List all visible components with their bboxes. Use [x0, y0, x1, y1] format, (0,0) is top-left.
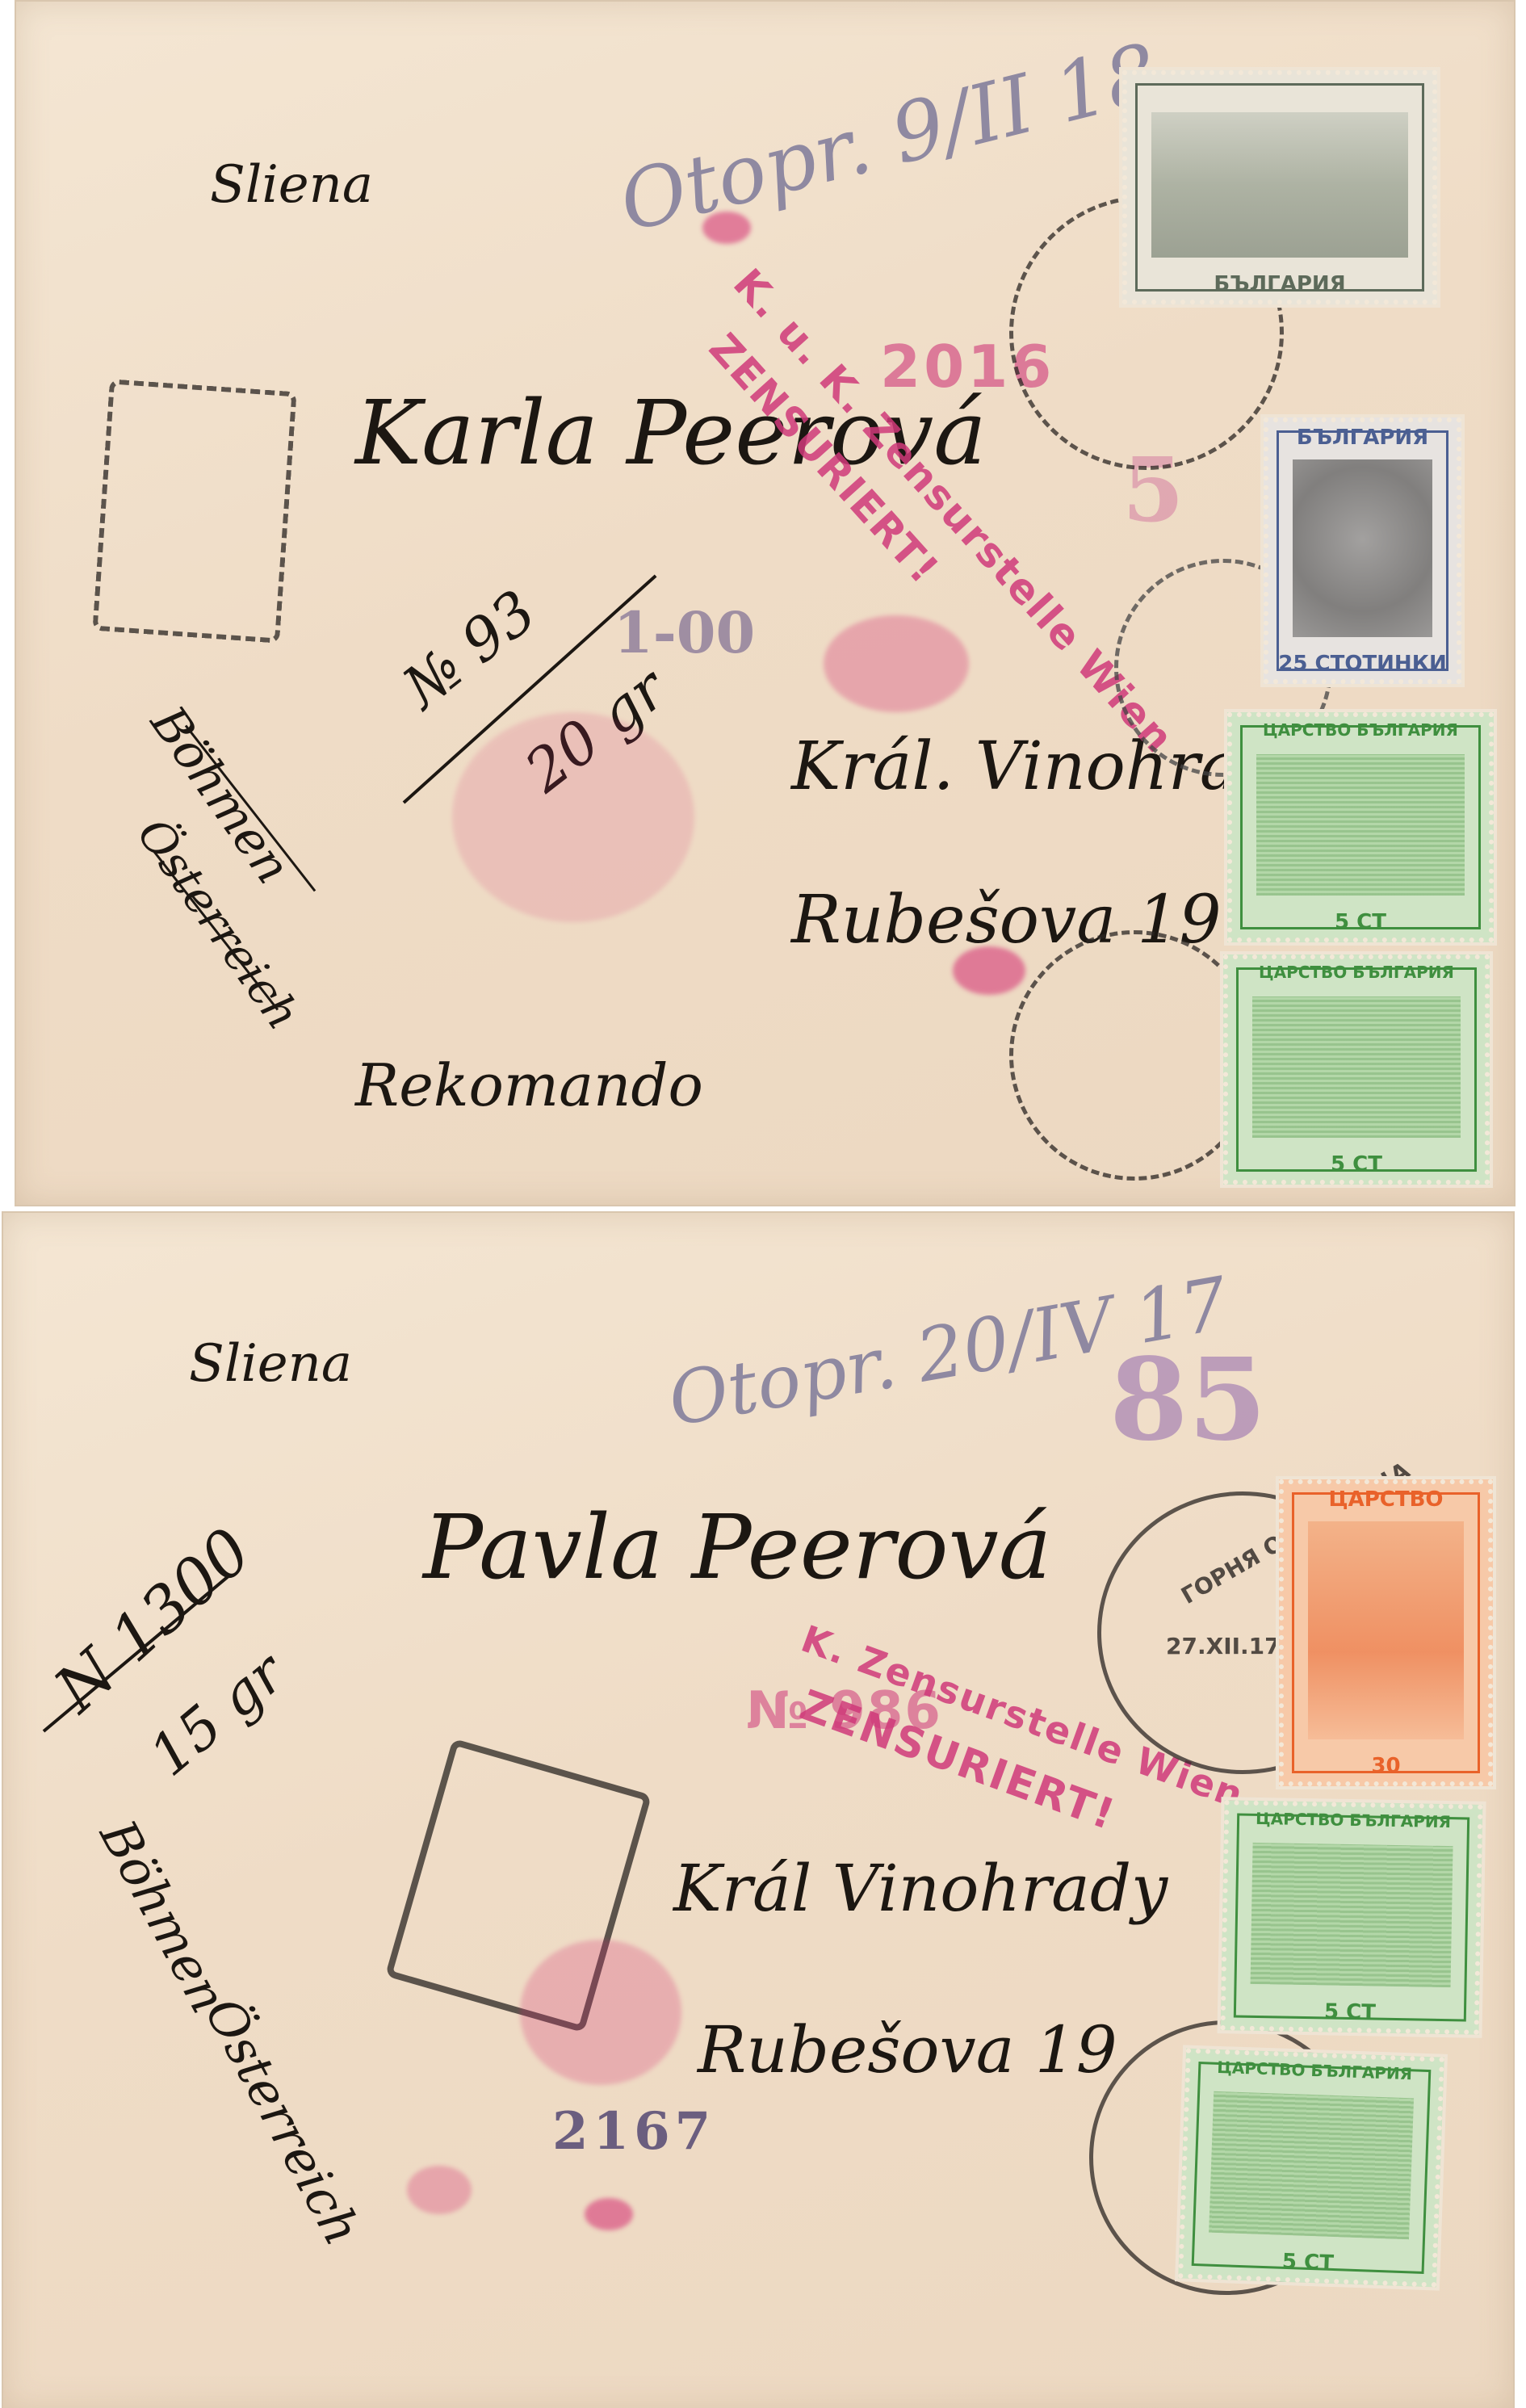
ink-splat — [520, 1940, 681, 2085]
city-label: Sliena — [189, 1334, 352, 1394]
faint-number-stamp: 1-00 — [614, 599, 755, 666]
addressee-name: Pavla Peerová — [423, 1496, 1051, 1599]
registration-number: № 93 — [391, 577, 549, 722]
stamp-value: 25 СТОТИНКИ — [1272, 648, 1453, 679]
postage-stamp-5st: ЦАРСТВО БЪЛГАРИЯ 5 СТ — [1223, 954, 1490, 1185]
region-line-2: Österreich — [194, 1988, 373, 2255]
ink-splat — [452, 712, 694, 922]
postage-stamp-30st: ЦАРСТВО 30 — [1279, 1479, 1493, 1786]
postage-stamp-5st: ЦАРСТВО БЪЛГАРИЯ 5 СТ — [1178, 2049, 1444, 2288]
stamp-value: 5 СТ — [1328, 907, 1393, 938]
postage-stamp-5st: ЦАРСТВО БЪЛГАРИЯ 5 СТ — [1221, 1800, 1483, 2035]
ink-splat — [407, 2166, 472, 2214]
violet-number: 85 — [1109, 1334, 1267, 1466]
postmark-circle — [1009, 930, 1260, 1181]
ink-splat — [585, 2198, 633, 2230]
postage-stamp-25st: БЪЛГАРИЯ 25 СТОТИНКИ — [1264, 417, 1461, 684]
postage-stamp-5st: ЦАРСТВО БЪЛГАРИЯ 5 СТ — [1227, 712, 1494, 942]
stamp-value: 30 — [1365, 1751, 1407, 1781]
postmark-date: 27.XII.17 — [1166, 1633, 1281, 1659]
ink-splat — [824, 615, 969, 712]
stamp-country: ЦАРСТВО БЪЛГАРИЯ — [1249, 1806, 1457, 1835]
stamp-country: ЦАРСТВО БЪЛГАРИЯ — [1256, 717, 1465, 743]
region-line-1: Böhmen — [89, 1810, 239, 2022]
stamp-country: ЦАРСТВО БЪЛГАРИЯ — [1252, 959, 1461, 985]
stamp-country: БЪЛГАРИЯ — [1290, 422, 1435, 453]
censor-number: № 986 — [746, 1681, 942, 1741]
stamp-value: 5 СТ — [1275, 2246, 1340, 2280]
street-line-1: Král Vinohrady — [673, 1851, 1168, 1926]
street-line-2: Rubešova 19 — [698, 2012, 1117, 2087]
stamp-country: ЦАРСТВО — [1322, 1484, 1449, 1515]
ink-splat — [702, 212, 751, 244]
envelope-cover-2: Sliena Otopr. 20/IV 17 85 Pavla Peerová … — [2, 1211, 1515, 2408]
stamp-value: 5 СТ — [1324, 1149, 1389, 1180]
stamp-value: 5 СТ — [1318, 1996, 1383, 2028]
purple-number-stamp: 2167 — [552, 2101, 715, 2162]
postage-stamp-15st: БЪЛГАРИЯ — [1122, 70, 1437, 304]
ink-splat — [953, 946, 1025, 995]
city-label: Sliena — [210, 155, 373, 215]
stamp-country: БЪЛГАРИЯ — [1207, 269, 1352, 300]
service-label: Rekomando — [355, 1051, 703, 1119]
rectangular-cancel-mark — [92, 379, 296, 643]
envelope-cover-1: Sliena Otopr. 9/II 18 Karla Peerová № 93… — [15, 0, 1516, 1206]
